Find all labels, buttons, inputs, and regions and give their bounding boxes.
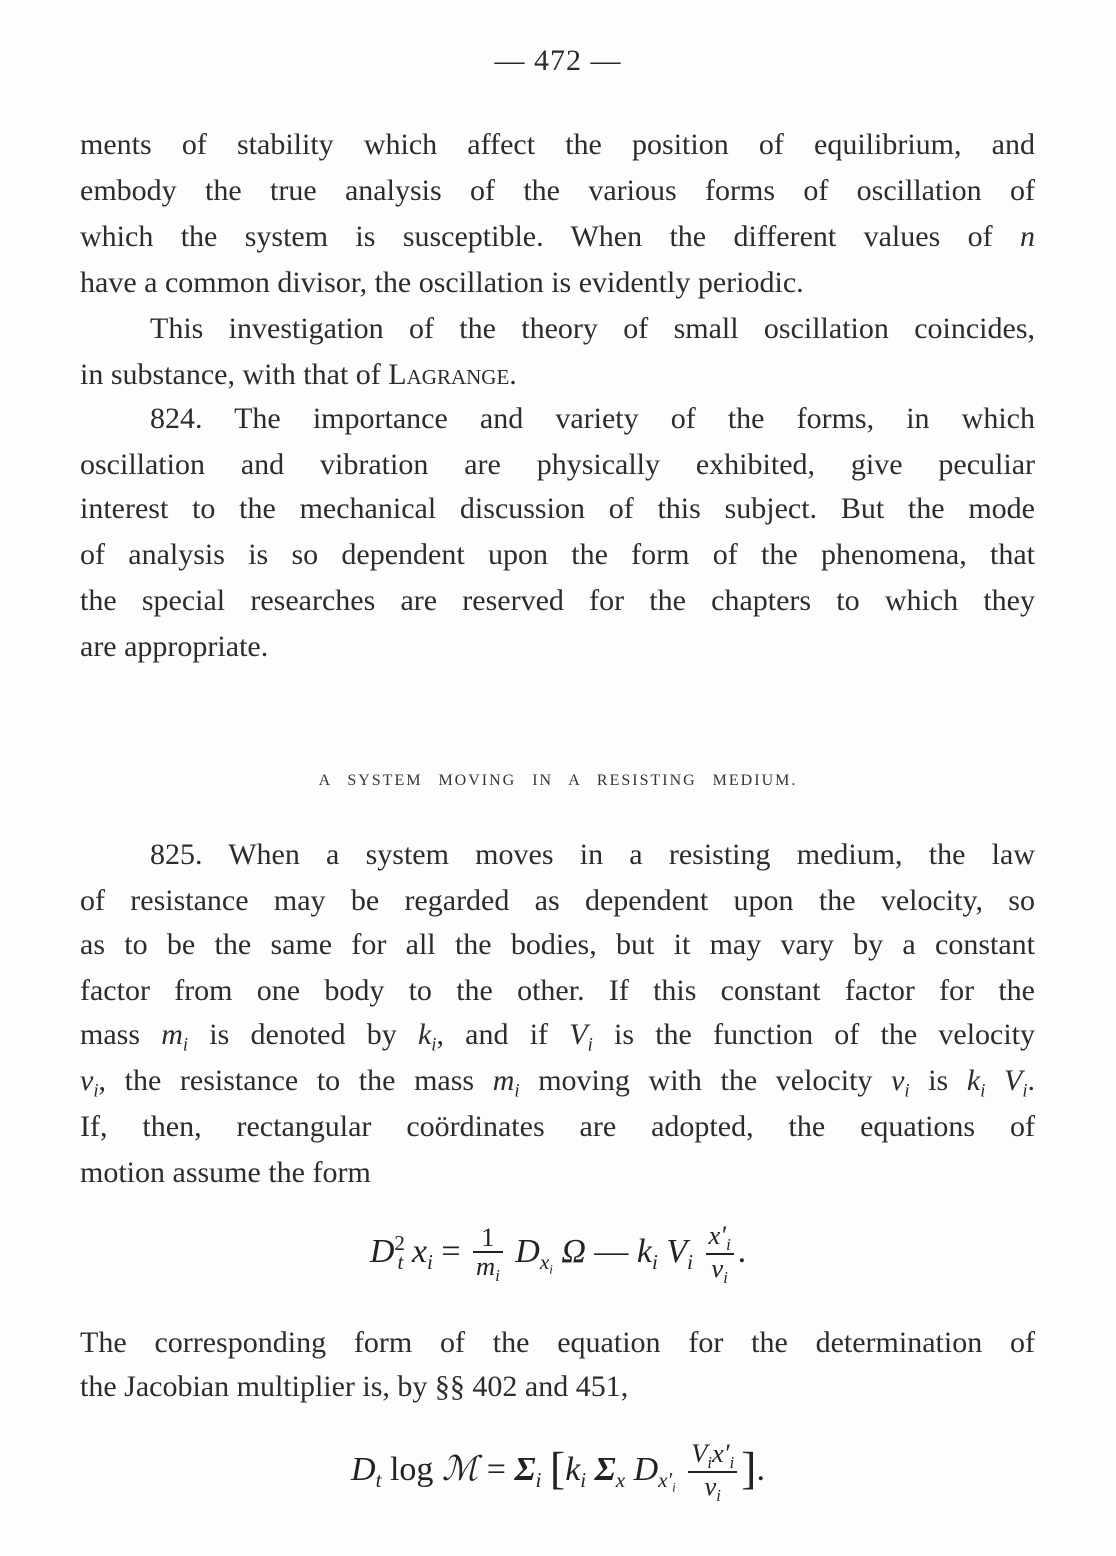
text-line: 824. The importance and variety of the f… bbox=[150, 396, 1035, 442]
math-variable: k bbox=[967, 1064, 980, 1097]
math-symbol: k bbox=[637, 1233, 652, 1270]
text-line: motion assume the form bbox=[80, 1150, 1035, 1196]
text-line: as to be the same for all the bodies, bu… bbox=[80, 922, 1035, 968]
math-subscript: i bbox=[672, 1480, 676, 1495]
text-line: are appropriate. bbox=[80, 624, 1035, 670]
math-period: . bbox=[738, 1233, 747, 1270]
math-symbol-multiplier: ℳ bbox=[442, 1449, 478, 1489]
math-variable: V bbox=[569, 1018, 587, 1051]
math-fraction: x′i vi bbox=[706, 1222, 734, 1286]
math-sum-symbol: Σ bbox=[595, 1451, 616, 1488]
math-symbol: D bbox=[515, 1233, 540, 1270]
text-line: The corresponding form of the equation f… bbox=[80, 1320, 1035, 1366]
fraction-numerator: 1 bbox=[473, 1224, 503, 1254]
text-line: This investigation of the theory of smal… bbox=[150, 306, 1035, 352]
math-subscript: i bbox=[536, 1468, 542, 1492]
math-subscript: t bbox=[376, 1468, 382, 1492]
text-line: interest to the mechanical discussion of… bbox=[80, 486, 1035, 532]
math-symbol: x′ bbox=[712, 1438, 730, 1468]
text-span: mass bbox=[80, 1018, 161, 1051]
math-symbol: m bbox=[476, 1251, 495, 1281]
math-variable: v bbox=[891, 1064, 904, 1097]
text-span: is the function of the velocity bbox=[593, 1018, 1035, 1051]
text-span: is denoted by bbox=[188, 1018, 418, 1051]
math-variable: v bbox=[80, 1064, 93, 1097]
math-subscript: xi bbox=[540, 1250, 553, 1274]
text-line: in substance, with that of Lagrange. bbox=[80, 352, 1035, 398]
text-line: which the system is susceptible. When th… bbox=[80, 214, 1035, 260]
math-subscript: i bbox=[687, 1250, 693, 1274]
text-span: which the system is susceptible. When th… bbox=[80, 220, 993, 253]
math-variable: m bbox=[493, 1064, 515, 1097]
math-symbol: x bbox=[540, 1250, 549, 1274]
math-symbol: D bbox=[370, 1233, 395, 1270]
math-symbol: Ω bbox=[561, 1233, 586, 1270]
math-subscript: i bbox=[730, 1453, 735, 1472]
math-variable: k bbox=[418, 1018, 431, 1051]
text-span: in substance, with that of bbox=[80, 358, 381, 391]
math-operator: — bbox=[594, 1233, 628, 1270]
text-line: oscillation and vibration are physically… bbox=[80, 442, 1035, 488]
page-number: — 472 — bbox=[0, 44, 1116, 78]
author-name-lagrange: Lagrange. bbox=[388, 358, 517, 391]
text-span: is bbox=[910, 1064, 967, 1097]
math-symbol: x′ bbox=[709, 1220, 727, 1250]
math-symbol: v bbox=[711, 1253, 723, 1283]
math-symbol: D bbox=[351, 1451, 376, 1488]
math-subscript: i bbox=[723, 1268, 728, 1287]
fraction-denominator: mi bbox=[473, 1253, 503, 1284]
math-fraction: 1 mi bbox=[473, 1224, 503, 1285]
math-bracket-left: [ bbox=[550, 1442, 565, 1493]
math-symbol: v bbox=[705, 1471, 717, 1501]
text-span: moving with the velocity bbox=[520, 1064, 891, 1097]
equation-motion: D2t xi = 1 mi Dxi Ω — ki Vi x′i vi . bbox=[0, 1222, 1116, 1286]
text-line: factor from one body to the other. If th… bbox=[80, 968, 1035, 1014]
text-span: . bbox=[1028, 1064, 1036, 1097]
math-symbol: V bbox=[666, 1233, 687, 1270]
math-subscript: i bbox=[427, 1250, 433, 1274]
document-page: — 472 — ments of stability which affect … bbox=[0, 0, 1116, 1556]
math-subscript: t bbox=[398, 1250, 404, 1274]
text-line: ments of stability which affect the posi… bbox=[80, 122, 1035, 168]
text-line: of resistance may be regarded as depende… bbox=[80, 878, 1035, 924]
text-span: , and if bbox=[436, 1018, 569, 1051]
math-subscript: i bbox=[980, 1081, 985, 1102]
math-bracket-right: ] bbox=[741, 1442, 756, 1493]
text-line: have a common divisor, the oscillation i… bbox=[80, 260, 1035, 306]
math-period: . bbox=[756, 1451, 765, 1488]
math-symbol: k bbox=[565, 1451, 580, 1488]
fraction-numerator: Vix′i bbox=[688, 1440, 737, 1473]
text-line: the special researches are reserved for … bbox=[80, 578, 1035, 624]
math-subscript: x′i bbox=[658, 1468, 676, 1492]
text-line: 825. When a system moves in a resisting … bbox=[150, 832, 1035, 878]
fraction-numerator: x′i bbox=[706, 1222, 734, 1255]
text-line: the Jacobian multiplier is, by §§ 402 an… bbox=[80, 1364, 1035, 1410]
math-subscript: x bbox=[616, 1468, 625, 1492]
math-subscript: i bbox=[580, 1468, 586, 1492]
fraction-denominator: vi bbox=[706, 1255, 734, 1286]
text-line: If, then, rectangular coördinates are ad… bbox=[80, 1104, 1035, 1150]
math-subscript: i bbox=[652, 1250, 658, 1274]
text-line: of analysis is so dependent upon the for… bbox=[80, 532, 1035, 578]
math-operator: = bbox=[487, 1451, 506, 1488]
fraction-denominator: vi bbox=[688, 1473, 737, 1504]
math-operator: = bbox=[441, 1233, 460, 1270]
math-variable-n: n bbox=[1020, 220, 1035, 253]
math-sum-symbol: Σ bbox=[514, 1451, 535, 1488]
section-heading: A SYSTEM MOVING IN A RESISTING MEDIUM. bbox=[0, 772, 1116, 790]
math-subscript: i bbox=[549, 1262, 553, 1277]
math-subscript: i bbox=[716, 1486, 721, 1505]
equation-jacobian-multiplier: Dt log ℳ = Σi [ki Σx Dx′i Vix′i vi ]. bbox=[0, 1440, 1116, 1504]
math-symbol: x bbox=[412, 1233, 427, 1270]
math-variable: m bbox=[161, 1018, 183, 1051]
math-subscript: i bbox=[726, 1235, 731, 1254]
math-fraction: Vix′i vi bbox=[688, 1440, 737, 1504]
math-subscript: i bbox=[495, 1266, 500, 1285]
text-span: , the resistance to the mass bbox=[99, 1064, 493, 1097]
math-symbol: D bbox=[634, 1451, 659, 1488]
math-symbol: x′ bbox=[658, 1468, 672, 1492]
text-line: embody the true analysis of the various … bbox=[80, 168, 1035, 214]
math-function-log: log bbox=[390, 1451, 433, 1488]
math-variable: V bbox=[1004, 1064, 1022, 1097]
math-symbol: V bbox=[691, 1438, 707, 1468]
